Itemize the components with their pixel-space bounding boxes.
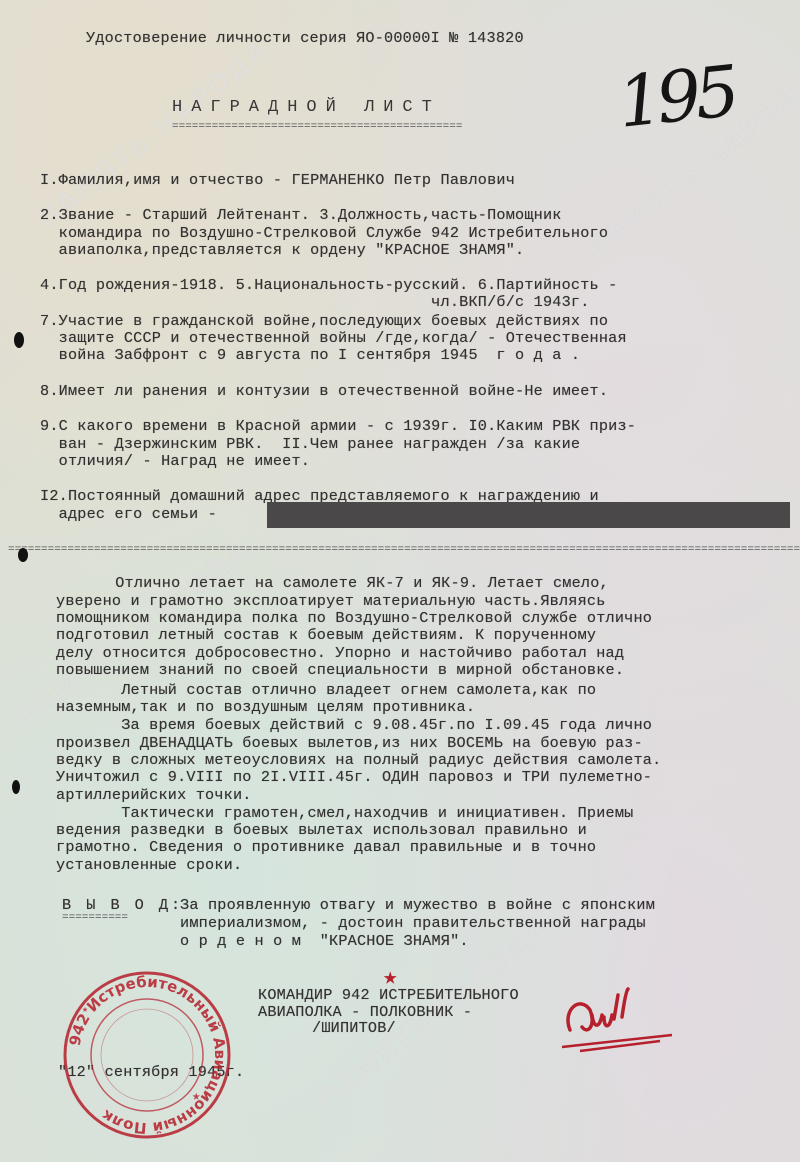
field-line: чл.ВКП/б/с 1943г. <box>40 294 590 311</box>
svg-text:★: ★ <box>82 1005 88 1016</box>
red-star-mark: ★ <box>383 962 397 992</box>
narrative-line: грамотно. Сведения о противнике давал пр… <box>56 839 596 856</box>
field-line: адрес его семьи - <box>40 506 217 523</box>
narrative-line: артиллерийских точки. <box>56 787 252 804</box>
narrative-line: За время боевых действий с 9.08.45г.по I… <box>56 717 652 734</box>
field-line: 7.Участие в гражданской войне,последующи… <box>40 313 608 330</box>
field-line: 9.С какого времени в Красной армии - с 1… <box>40 418 636 435</box>
award-sheet-document: ПАМЯТЬ НАРОДА ПАМЯТЬ НАРОДА ПАМЯТЬ НАРОД… <box>0 0 800 1162</box>
narrative-line: уверено и грамотно эксплоатирует материа… <box>56 593 606 610</box>
narrative-line: повышением знаний по своей специальности… <box>56 662 624 679</box>
field-line: 8.Имеет ли ранения и контузии в отечеств… <box>40 383 608 400</box>
field-line: I.Фамилия,имя и отчество - ГЕРМАНЕНКО Пе… <box>40 172 515 189</box>
conclusion-underline: ========== <box>62 912 157 924</box>
narrative-line: Летный состав отлично владеет огнем само… <box>56 682 596 699</box>
conclusion-line: За проявленную отвагу и мужество в войне… <box>180 897 655 914</box>
conclusion-line: о р д е н о м "КРАСНОЕ ЗНАМЯ". <box>180 933 469 950</box>
field-line: командира по Воздушно-Стрелковой Службе … <box>40 225 608 242</box>
handwritten-number: 195 <box>614 50 738 144</box>
hole-punch-mark <box>18 548 28 562</box>
narrative-line: Уничтожил с 9.VIII по 2I.VIII.45г. ОДИН … <box>56 769 652 786</box>
narrative-line: ведку в сложных метеоусловиях на полный … <box>56 752 661 769</box>
field-line: война Забфронт с 9 августа по I сентября… <box>40 347 580 364</box>
title-underline: ========================================… <box>172 121 494 133</box>
field-line: ван - Дзержинским РВК. II.Чем ранее нагр… <box>40 436 580 453</box>
narrative-line: Тактически грамотен,смел,находчив и иниц… <box>56 805 633 822</box>
narrative-line: наземным,так и по воздушным целям против… <box>56 699 475 716</box>
svg-text:★: ★ <box>192 1089 201 1105</box>
narrative-line: делу относится добросовестно. Упорно и н… <box>56 645 624 662</box>
redacted-address <box>267 502 790 528</box>
id-line: Удостоверение личности серия ЯО-00000I №… <box>86 30 524 47</box>
narrative-line: ведения разведки в боевых вылетах исполь… <box>56 822 587 839</box>
narrative-line: Отлично летает на самолете ЯК-7 и ЯК-9. … <box>50 575 609 592</box>
narrative-line: подготовил летный состав к боевым действ… <box>56 627 596 644</box>
narrative-line: помощником командира полка по Воздушно-С… <box>56 610 652 627</box>
field-line: авиаполка,представляется к ордену "КРАСН… <box>40 242 524 259</box>
separator-line: ========================================… <box>8 544 800 556</box>
field-line: 4.Год рождения-1918. 5.Национальность-ру… <box>40 277 617 294</box>
narrative-line: произвел ДВЕНАДЦАТЬ боевых вылетов,из ни… <box>56 735 643 752</box>
official-stamp: 942 Истребительный Авиационный Полк ★ ★ <box>62 970 232 1140</box>
narrative-line: установленные сроки. <box>56 857 242 874</box>
conclusion-line: империализмом, - достоин правительственн… <box>180 915 646 932</box>
document-title: НАГРАДНОЙ ЛИСТ <box>172 98 441 117</box>
field-line: отличия/ - Наград не имеет. <box>40 453 310 470</box>
hole-punch-mark <box>14 332 24 348</box>
field-line: защите СССР и отечественной войны /где,к… <box>40 330 627 347</box>
hole-punch-mark <box>12 780 20 794</box>
field-line: 2.Звание - Старший Лейтенант. 3.Должност… <box>40 207 562 224</box>
signature <box>560 985 680 1055</box>
signature-line: /ШИПИТОВ/ <box>312 1020 396 1037</box>
